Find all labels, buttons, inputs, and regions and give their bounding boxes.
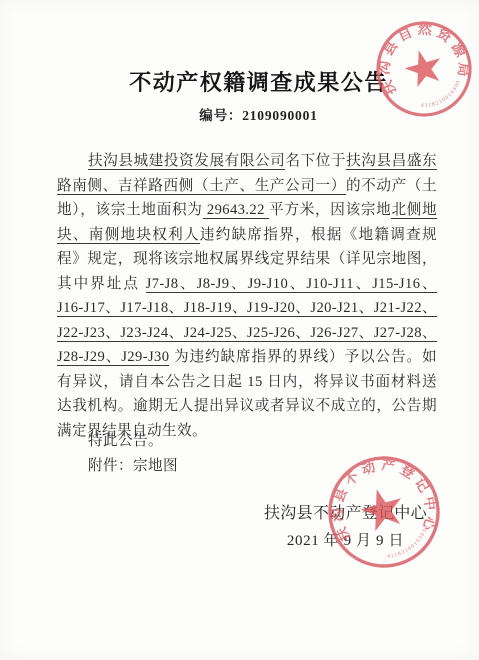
announcement-page: 不动产权籍调查成果公告 编号：2109090001 扶沟县城建投资发展有限公司名… [0, 0, 479, 660]
body-segment: 29643.22 [203, 202, 270, 219]
signer-name: 扶沟县不动产登记中心 [264, 500, 427, 523]
attachment-line: 附件：宗地图 [57, 454, 178, 479]
body-segment: 名下位于 [285, 153, 346, 169]
closing-block: 特此公告。 附件：宗地图 [57, 429, 178, 478]
page-title: 不动产权籍调查成果公告 [38, 66, 479, 97]
signature-block: 扶沟县不动产登记中心 2021 年 9 月 9 日 [264, 500, 427, 550]
closing-line: 特此公告。 [57, 429, 178, 454]
announcement-body: 扶沟县城建投资发展有限公司名下位于扶沟县昌盛东路南侧、吉祥路西侧（土产、生产公司… [57, 149, 437, 443]
body-segment: 扶沟县城建投资发展有限公司 [88, 153, 285, 170]
signature-date: 2021 年 9 月 9 日 [264, 529, 427, 550]
body-segment: 平方米，因该宗地 [269, 202, 391, 218]
serial-number: 编号：2109090001 [38, 104, 479, 124]
